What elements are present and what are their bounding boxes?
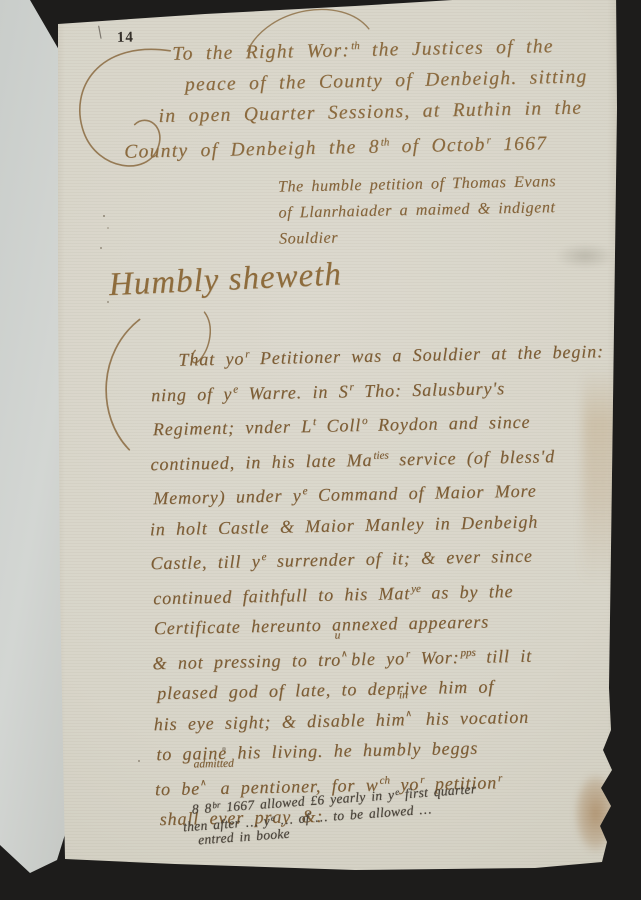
inserted-word: u∧ — [341, 647, 351, 665]
inserted-word: in∧ — [405, 707, 415, 725]
petition-body: That yor Petitioner was a Souldier at th… — [146, 332, 613, 835]
petition-title-line: of Llanrhaiader a maimed & indigent — [278, 195, 557, 227]
margin-tick — [99, 26, 101, 38]
petition-title-line: Souldier — [279, 221, 558, 253]
manuscript-content: 14 To the Right Wor:th the Justices of t… — [46, 0, 630, 885]
address-block: To the Right Wor:th the Justices of thep… — [112, 26, 589, 167]
document-photo: 14 To the Right Wor:th the Justices of t… — [0, 0, 641, 900]
manuscript-page: 14 To the Right Wor:th the Justices of t… — [55, 0, 621, 884]
bracket-flourish — [105, 319, 143, 450]
salutation: Humbly sheweth — [108, 256, 343, 304]
petition-title-block: The humble petition of Thomas Evansof Ll… — [278, 169, 558, 253]
inserted-word: admitted∧ — [200, 776, 210, 794]
